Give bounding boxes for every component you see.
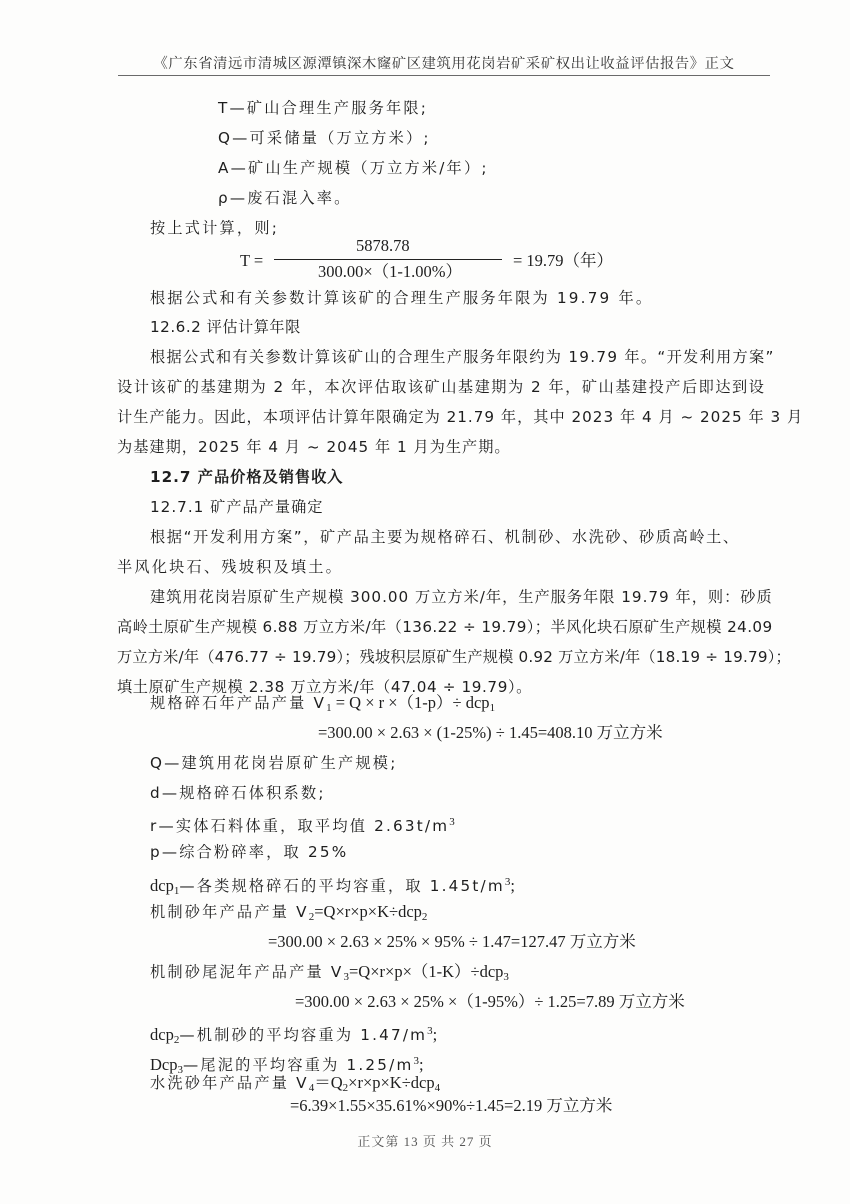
var-d: d—规格碎石体积系数; [150, 782, 326, 804]
v1-calc: =300.00 × 2.63 × (1-25%) ÷ 1.45=408.10 万… [318, 722, 663, 744]
fraction-bar [274, 259, 502, 260]
paragraph-line: 根据“开发利用方案”，矿产品主要为规格碎石、机制砂、水洗砂、砂质高岭土、 [150, 526, 740, 548]
definition-rho: ρ—废石混入率。 [218, 187, 352, 209]
formula-numerator: 5878.78 [356, 235, 410, 257]
var-p: p—综合粉碎率，取 25% [150, 841, 348, 863]
paragraph-line: 为基建期，2025 年 4 月 ~ 2045 年 1 月为生产期。 [117, 436, 511, 458]
paragraph-line: 建筑用花岗岩原矿生产规模 300.00 万立方米/年，生产服务年限 19.79 … [150, 586, 773, 608]
v1-label: 规格碎石年产品产量 V [150, 694, 326, 712]
var-r: r—实体石料体重，取平均值 2.63t/m3 [150, 811, 455, 837]
var-Q: Q—建筑用花岗岩原矿生产规模; [150, 752, 398, 774]
var-dcp2: dcp2—机制砂的平均容重为 1.47/m3; [150, 1020, 437, 1051]
result-sentence: 根据公式和有关参数计算该矿的合理生产服务年限为 19.79 年。 [150, 287, 653, 309]
definition-Q: Q—可采储量（万立方米）; [218, 127, 431, 149]
formula-denominator: 300.00×（1-1.00%） [318, 261, 462, 283]
paragraph-line: 根据公式和有关参数计算该矿山的合理生产服务年限约为 19.79 年。“开发利用方… [150, 346, 775, 368]
v2-formula: 机制砂年产品产量 V2=Q×r×p×K÷dcp2 [150, 901, 427, 928]
header-divider [118, 75, 770, 76]
document-header: 《广东省清远市清城区源潭镇深木窿矿区建筑用花岗岩矿采矿权出让收益评估报告》正文 [118, 53, 770, 73]
calc-intro: 按上式计算，则; [150, 217, 279, 239]
page-footer: 正文第 13 页 共 27 页 [0, 1131, 850, 1150]
var-dcp1: dcp1—各类规格碎石的平均容重，取 1.45t/m3; [150, 871, 515, 902]
definition-A: A—矿山生产规模（万立方米/年）; [218, 157, 489, 179]
v3-formula: 机制砂尾泥年产品产量 V3=Q×r×p×（1-K）÷dcp3 [150, 961, 509, 988]
v3-calc: =300.00 × 2.63 × 25% ×（1-95%）÷ 1.25=7.89… [295, 991, 685, 1013]
v4-calc: =6.39×1.55×35.61%×90%÷1.45=2.19 万立方米 [290, 1095, 612, 1117]
definition-T: T—矿山合理生产服务年限; [218, 97, 428, 119]
paragraph-line: 高岭土原矿生产规模 6.88 万立方米/年（136.22 ÷ 19.79）；半风… [117, 616, 773, 638]
section-heading-12-7: 12.7 产品价格及销售收入 [150, 466, 343, 488]
paragraph-line: 计生产能力。因此，本项评估计算年限确定为 21.79 年，其中 2023 年 4… [117, 406, 803, 428]
v1-formula: 规格碎石年产品产量 V1 = Q × r ×（1-p）÷ dcp1 [150, 692, 495, 719]
paragraph-line: 半风化块石、残坡积及填土。 [117, 556, 343, 578]
paragraph-line: 万立方米/年（476.77 ÷ 19.79）；残坡积层原矿生产规模 0.92 万… [117, 646, 791, 668]
section-heading-12-6-2: 12.6.2 评估计算年限 [150, 316, 301, 338]
formula-result: = 19.79（年） [513, 250, 613, 272]
section-heading-12-7-1: 12.7.1 矿产品产量确定 [150, 496, 323, 518]
v2-calc: =300.00 × 2.63 × 25% × 95% ÷ 1.47=127.47… [268, 931, 636, 953]
formula-lhs: T = [240, 250, 263, 272]
paragraph-line: 设计该矿的基建期为 2 年，本次评估取该矿山基建期为 2 年，矿山基建投产后即达… [117, 376, 765, 398]
